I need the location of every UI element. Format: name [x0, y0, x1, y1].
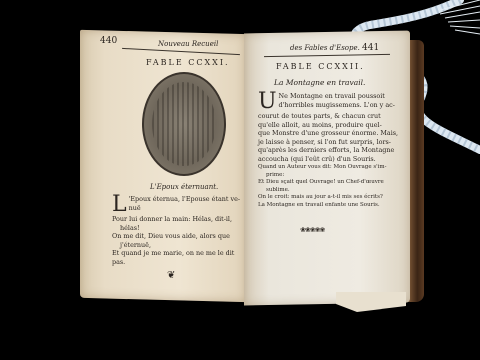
fable-title-left: FABLE CCXXI. [146, 58, 230, 67]
text-line: hélas! [112, 224, 247, 233]
text-line: qu'elle alloit, au moins, produire quel- [258, 121, 406, 130]
verse-moral: Quand un Auteur vous dit: Mon Ouvrage s'… [258, 164, 406, 209]
text-line: accoucha (qui l'eût crû) d'un Souris. [258, 155, 406, 164]
text-line: qu'après les derniers efforts, la Montag… [258, 146, 406, 155]
text-line: Pour lui donner la main: Hélas, dit-il, [112, 215, 247, 224]
text-line: que Monstre d'une grosseur énorme. Mais, [258, 129, 406, 138]
engraving-illustration [142, 72, 226, 176]
text-line: Ne Montagne en travail poussoit [258, 92, 406, 101]
drop-cap-left: L [112, 195, 127, 215]
drop-cap-right: U [258, 92, 277, 112]
text-line: je laisse à penser, si l'on fut surpris,… [258, 138, 406, 147]
verse-line: prime: [258, 172, 406, 180]
torn-corner [336, 292, 406, 312]
page-number-left: 440 [100, 36, 117, 46]
text-line: 'Epoux éternua, l'Epouse étant ve- [112, 195, 247, 204]
running-head-right: des Fables d'Esope. [290, 44, 360, 52]
verse-line: sublime. [258, 187, 406, 195]
fable-subtitle-right: La Montagne en travail. [274, 78, 365, 87]
text-line: nuë [112, 204, 247, 213]
text-line: j'éternuë, [112, 241, 247, 250]
verse-line: On le croit: mais au jour a-t-il mis ses… [258, 194, 406, 202]
text-line: d'horribles mugissemens. L'on y ac- [258, 101, 406, 110]
open-book: 440 Nouveau Recueil FABLE CCXXI. L'Epoux… [0, 0, 480, 360]
fable-text-right: U Ne Montagne en travail poussoit d'horr… [258, 92, 406, 164]
page-number-right: 441 [362, 43, 379, 53]
verse-line: La Montagne en travail enfante une Souri… [258, 202, 406, 210]
fable-text-left: L 'Epoux éternua, l'Epouse étant ve- nuë… [112, 195, 247, 267]
running-head-left: Nouveau Recueil [158, 40, 218, 48]
ornament-left-icon: ❦ [167, 270, 175, 281]
text-line: On me dit, Dieu vous aide, alors que [112, 232, 247, 241]
text-line: courut de toutes parts, & chacun crut [258, 112, 406, 121]
fable-title-right: FABLE CCXXII. [276, 62, 365, 71]
illustration-caption: L'Epoux éternuant. [150, 183, 218, 191]
text-line: Et quand je me marie, on ne me le dit pa… [112, 249, 247, 266]
verse-line: Et Dieu sçait quel Ouvrage! un Chef-d'œu… [258, 179, 406, 187]
ornament-right-icon: ❀❀❀❀❀ [300, 226, 324, 234]
verse-line: Quand un Auteur vous dit: Mon Ouvrage s'… [258, 164, 406, 172]
